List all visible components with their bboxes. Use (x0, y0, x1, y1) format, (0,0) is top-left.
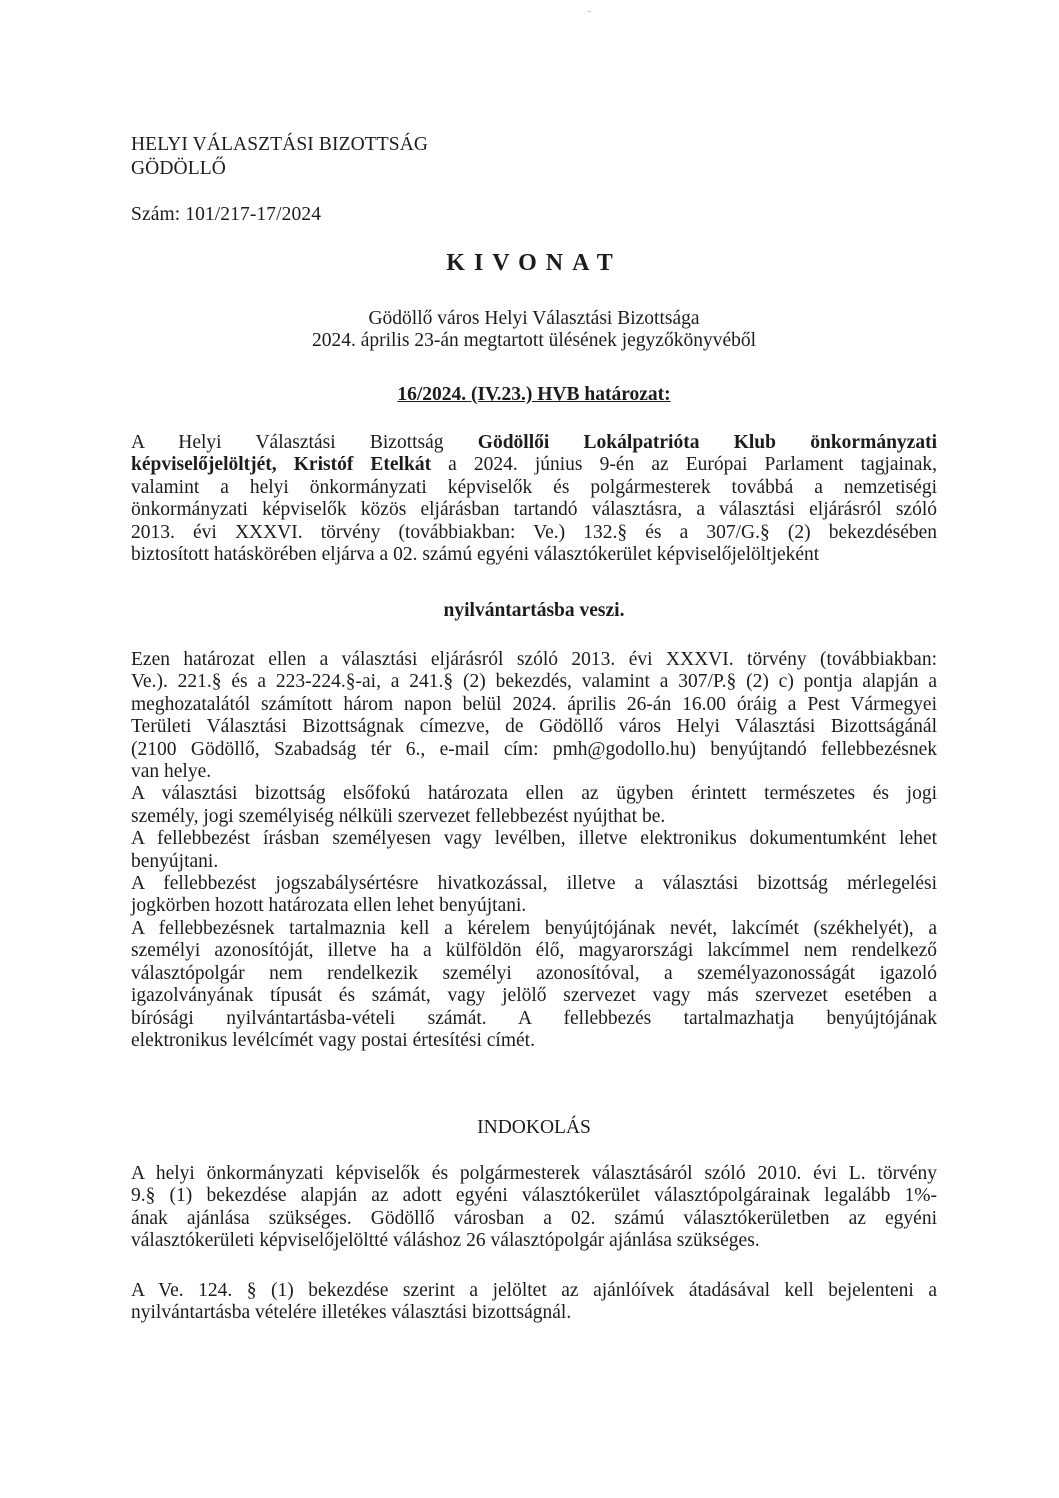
decision-line: 2013. évi XXXVI. törvény (továbbiakban: … (131, 522, 937, 544)
text-line: A helyi önkormányzati képviselők és polg… (131, 1163, 937, 1185)
document-title: KIVONAT (131, 250, 937, 277)
text-line: Ve.). 221.§ és a 223-224.§-ai, a 241.§ (… (131, 671, 937, 693)
reasoning-title: INDOKOLÁS (131, 1117, 937, 1139)
subtitle-line-1: Gödöllő város Helyi Választási Bizottság… (131, 308, 937, 330)
subtitle-line-2: 2024. április 23-án megtartott ülésének … (131, 330, 937, 352)
subtitle: Gödöllő város Helyi Választási Bizottság… (131, 308, 937, 352)
text-line: (2100 Gödöllő, Szabadság tér 6., e-mail … (131, 739, 937, 761)
decision-line: valamint a helyi önkormányzati képviselő… (131, 477, 937, 499)
decision-number: 16/2024. (IV.23.) HVB határozat: (131, 384, 937, 406)
text-line: jogkörben hozott határozata ellen lehet … (131, 895, 937, 917)
text-line: nyilvántartásba vételére illetékes válas… (131, 1302, 937, 1324)
appeal-section: Ezen határozat ellen a választási eljárá… (131, 649, 937, 1052)
text-line: A fellebbezést jogszabálysértésre hivatk… (131, 873, 937, 895)
text-line: választókerületi képviselőjelöltté válás… (131, 1230, 937, 1252)
reasoning-paragraph-2: A Ve. 124. § (1) bekezdése szerint a jel… (131, 1280, 937, 1325)
org-name: HELYI VÁLASZTÁSI BIZOTTSÁG (131, 133, 428, 157)
text-line: A fellebbezésnek tartalmaznia kell a kér… (131, 918, 937, 940)
document-number: Szám: 101/217-17/2024 (131, 203, 321, 227)
text-line: van helye. (131, 761, 937, 783)
text-line: 9.§ (1) bekezdése alapján az adott egyén… (131, 1185, 937, 1207)
decision-text: a 2024. június 9-én az Európai Parlament… (431, 454, 937, 475)
decision-paragraph: A Helyi Választási Bizottság Gödöllői Lo… (131, 432, 937, 566)
candidate-name: képviselőjelöltjét, Kristóf Etelkát (131, 454, 431, 475)
text-line: A fellebbezést írásban személyesen vagy … (131, 828, 937, 850)
decision-line: biztosított hatáskörében eljárva a 02. s… (131, 544, 937, 566)
reasoning-paragraph-1: A helyi önkormányzati képviselők és polg… (131, 1163, 937, 1253)
text-line: választópolgár nem rendelkezik személyi … (131, 963, 937, 985)
text-line: A választási bizottság elsőfokú határoza… (131, 783, 937, 805)
text-line: Ezen határozat ellen a választási eljárá… (131, 649, 937, 671)
text-line: meghozatalától számított három napon bel… (131, 694, 937, 716)
decision-verb: nyilvántartásba veszi. (131, 600, 937, 622)
text-line: ának ajánlása szükséges. Gödöllő városba… (131, 1208, 937, 1230)
text-line: személyi azonosítóját, illetve ha a külf… (131, 940, 937, 962)
text-line: személy, jogi személyiség nélküli szerve… (131, 806, 937, 828)
org-city: GÖDÖLLŐ (131, 157, 226, 181)
decision-text: A Helyi Választási Bizottság (131, 432, 478, 453)
document-page: HELYI VÁLASZTÁSI BIZOTTSÁG GÖDÖLLŐ Szám:… (0, 0, 1059, 1498)
text-line: igazolványának típusát és számát, vagy j… (131, 985, 937, 1007)
text-line: benyújtani. (131, 851, 937, 873)
text-line: bírósági nyilvántartásba-vételi számát. … (131, 1008, 937, 1030)
candidate-org: Gödöllői Lokálpatrióta Klub önkormányzat… (478, 432, 937, 453)
text-line: elektronikus levélcímét vagy postai érte… (131, 1030, 937, 1052)
text-line: A Ve. 124. § (1) bekezdése szerint a jel… (131, 1280, 937, 1302)
scan-mark (587, 11, 591, 12)
decision-line: A Helyi Választási Bizottság Gödöllői Lo… (131, 432, 937, 454)
text-line: Területi Választási Bizottságnak címezve… (131, 716, 937, 738)
decision-line: önkormányzati képviselők közös eljárásba… (131, 499, 937, 521)
decision-line: képviselőjelöltjét, Kristóf Etelkát a 20… (131, 454, 937, 476)
